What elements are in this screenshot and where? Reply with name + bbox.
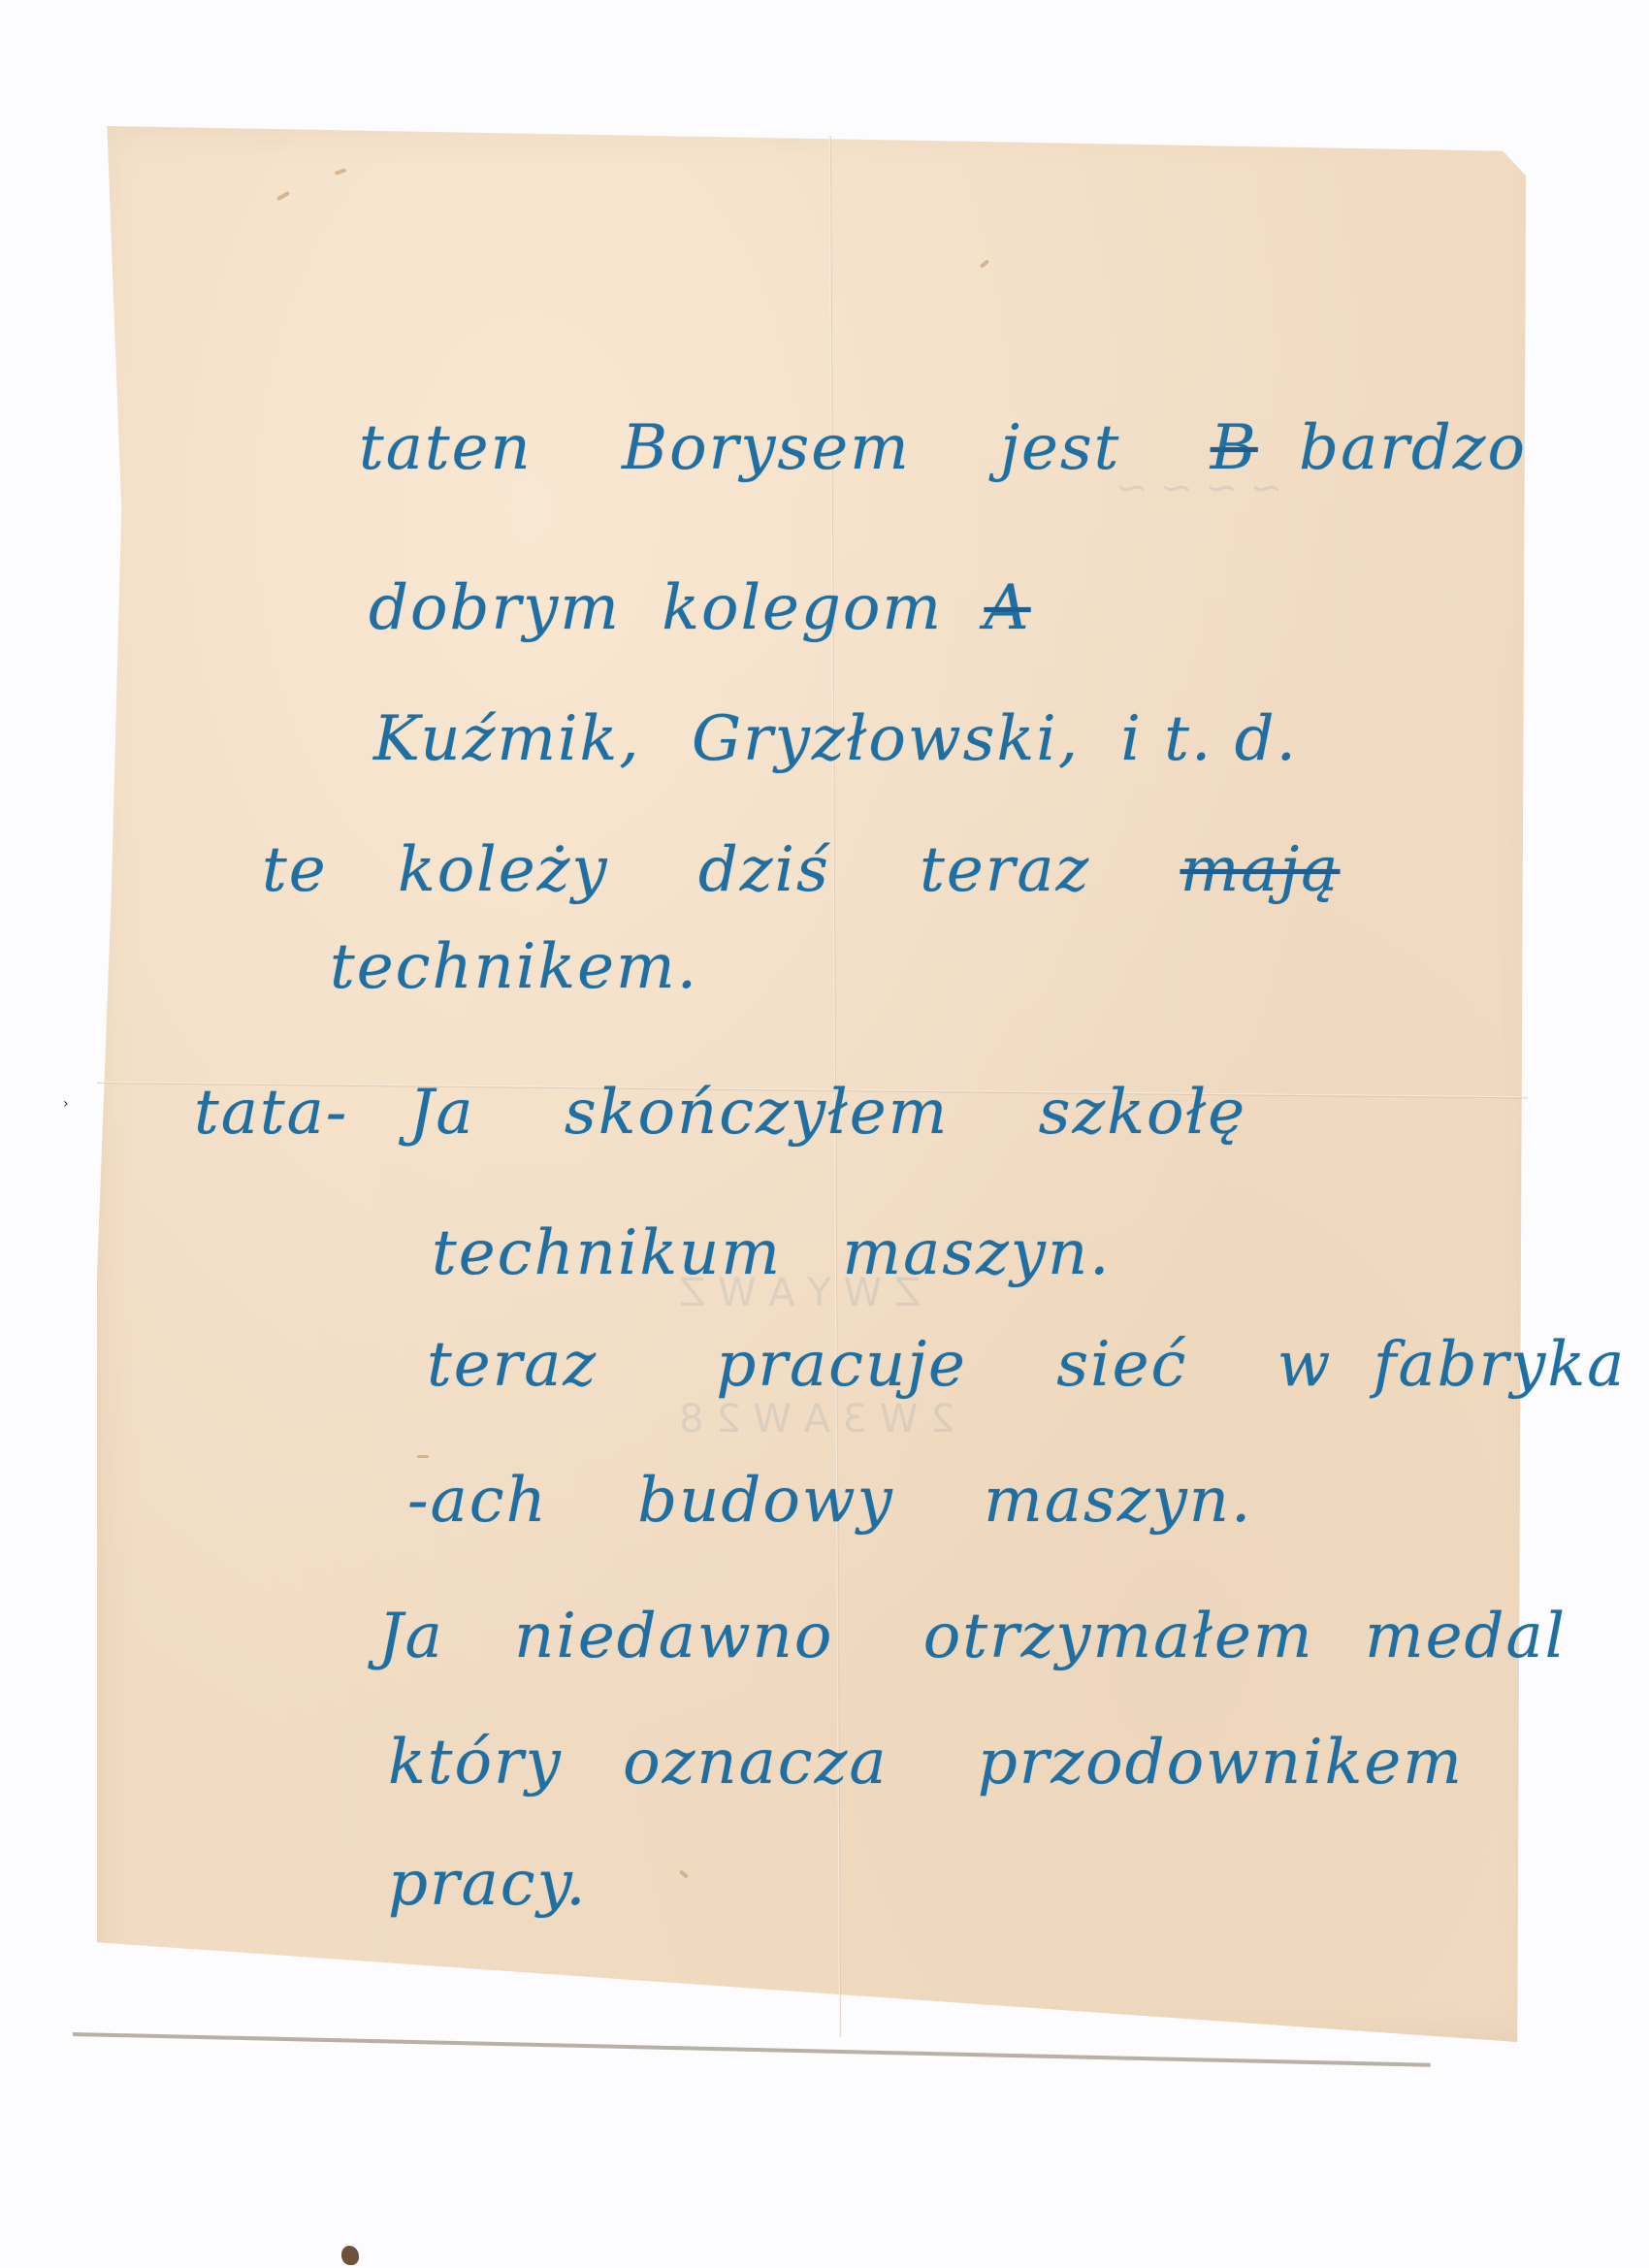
word: medal bbox=[1365, 1601, 1567, 1672]
scanned-page: ~ ~ ~ ~ Z W Y A W Z 2 W 3 A W 2 8 taten … bbox=[0, 0, 1649, 2268]
word: teraz bbox=[920, 834, 1090, 906]
word: dziś bbox=[698, 834, 830, 906]
word: fabryka bbox=[1374, 1329, 1627, 1401]
word: Ja bbox=[378, 1601, 444, 1672]
word: szkołę bbox=[1039, 1077, 1247, 1149]
struck-word: A bbox=[984, 572, 1030, 644]
letter-line-10: Ja niedawno otrzymałem medal bbox=[378, 1601, 1634, 1672]
word: te bbox=[262, 834, 328, 906]
word: kolegom bbox=[662, 572, 943, 644]
paper-bottom-edge bbox=[73, 2032, 1431, 2067]
letter-line-9: -ach budowy maszyn. bbox=[407, 1465, 1320, 1537]
word: przodownikem bbox=[978, 1727, 1464, 1798]
scanner-debris bbox=[341, 2246, 359, 2265]
word: który bbox=[388, 1727, 563, 1798]
word: oznacza bbox=[623, 1727, 888, 1798]
word: pracy. bbox=[388, 1848, 588, 1920]
word: i t. d. bbox=[1120, 703, 1298, 775]
word: taten bbox=[359, 412, 533, 484]
scan-mark: › bbox=[63, 1096, 69, 1112]
word: sieć bbox=[1056, 1329, 1187, 1401]
word: otrzymałem bbox=[923, 1601, 1314, 1672]
word: Ja bbox=[409, 1077, 475, 1149]
letter-line-7: technikum maszyn. bbox=[432, 1217, 1180, 1289]
letter-line-8: teraz pracuje sieć w fabryka bbox=[427, 1329, 1649, 1401]
word: tata- bbox=[194, 1077, 348, 1149]
word: koleży bbox=[398, 834, 609, 906]
word: dobrym bbox=[369, 572, 621, 644]
word: pracuje bbox=[716, 1329, 967, 1401]
struck-word: B bbox=[1211, 412, 1258, 484]
word: jest bbox=[1000, 412, 1120, 484]
letter-line-5: technikem. bbox=[330, 931, 766, 1003]
letter-line-11: który oznacza przodownikem bbox=[388, 1727, 1532, 1798]
word: w bbox=[1277, 1329, 1333, 1401]
struck-word: mają bbox=[1180, 834, 1341, 906]
word: maszyn. bbox=[842, 1217, 1111, 1289]
word: technikem. bbox=[330, 931, 698, 1003]
word: bardzo bbox=[1299, 412, 1527, 484]
letter-line-6: tata- Ja skończyłem szkołę bbox=[194, 1077, 1314, 1149]
letter-line-12: pracy. bbox=[388, 1848, 656, 1920]
letter-line-2: dobrym kolegom A bbox=[369, 572, 1099, 644]
word: Borysem bbox=[622, 412, 911, 484]
word: Gryzłowski, bbox=[692, 703, 1080, 775]
word: technikum bbox=[432, 1217, 782, 1289]
bleed-through-text: 2 W 3 A W 2 8 bbox=[679, 1397, 955, 1442]
letter-line-4: te koleży dziś teraz mają bbox=[262, 834, 1407, 906]
word: niedawno bbox=[514, 1601, 833, 1672]
word: skończyłem bbox=[565, 1077, 949, 1149]
letter-line-1: taten Borysem jest B bardzo bbox=[359, 412, 1595, 484]
word: teraz bbox=[427, 1329, 598, 1401]
paper-fleck bbox=[417, 1455, 429, 1458]
word: -ach bbox=[407, 1465, 548, 1537]
word: maszyn. bbox=[984, 1465, 1252, 1537]
word: budowy bbox=[637, 1465, 894, 1537]
letter-line-3: Kuźmik, Gryzłowski, i t. d. bbox=[373, 703, 1366, 775]
word: Kuźmik, bbox=[373, 703, 641, 775]
